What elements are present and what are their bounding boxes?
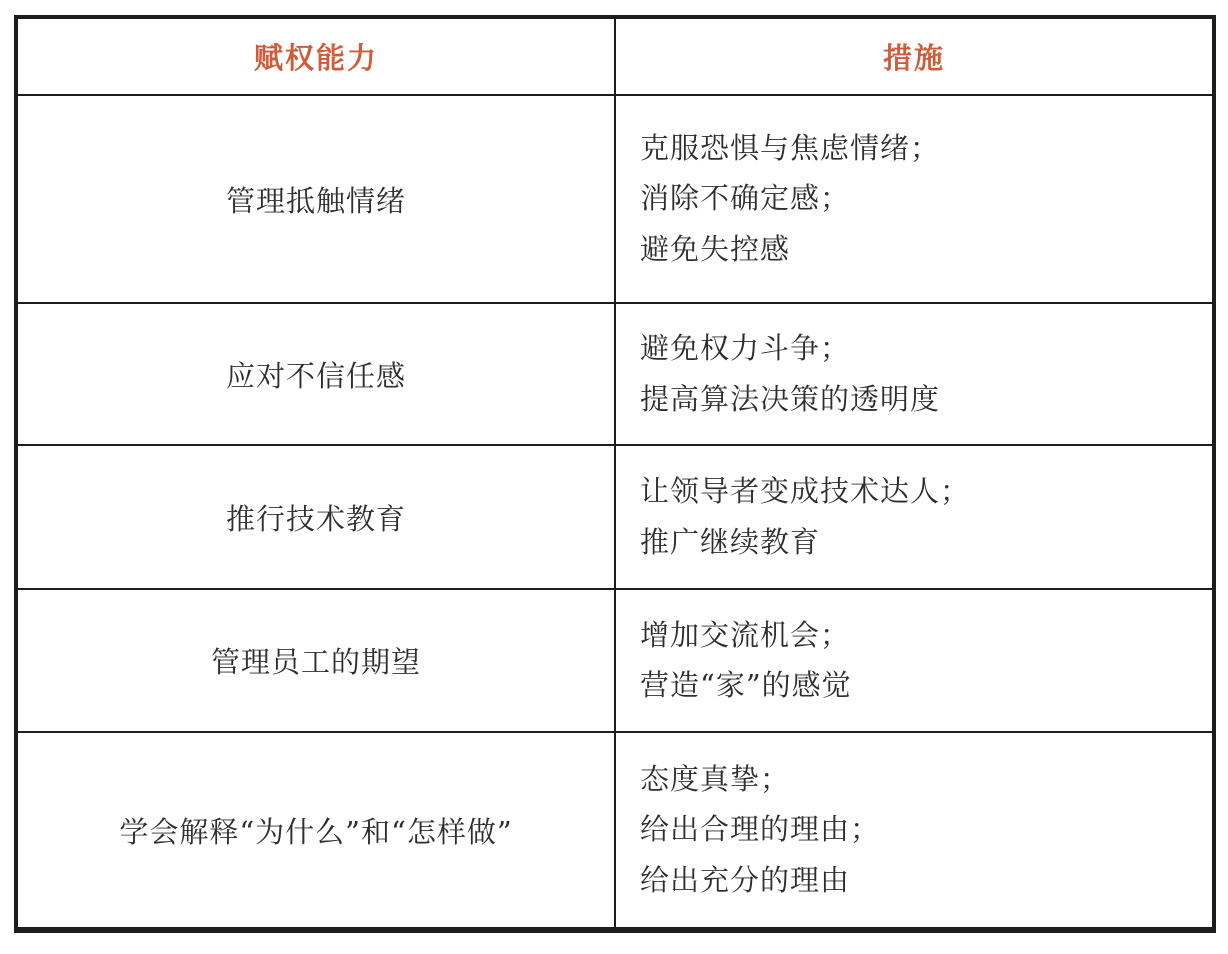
table-row: 管理员工的期望增加交流机会；营造“家”的感觉 (16, 589, 1214, 732)
measures-cell: 让领导者变成技术达人；推广继续教育 (615, 445, 1214, 589)
table-row: 应对不信任感避免权力斗争；提高算法决策的透明度 (16, 303, 1214, 445)
table-row: 学会解释“为什么”和“怎样做”态度真挚；给出合理的理由；给出充分的理由 (16, 732, 1214, 930)
measures-cell: 避免权力斗争；提高算法决策的透明度 (615, 303, 1214, 445)
table-row: 管理抵触情绪克服恐惧与焦虑情绪；消除不确定感；避免失控感 (16, 95, 1214, 303)
empowerment-measures-table: 赋权能力 措施 管理抵触情绪克服恐惧与焦虑情绪；消除不确定感；避免失控感应对不信… (14, 15, 1216, 933)
header-measures: 措施 (615, 17, 1214, 95)
header-row: 赋权能力 措施 (16, 17, 1214, 95)
measure-line: 营造“家”的感觉 (640, 669, 1192, 702)
measures-cell: 态度真挚；给出合理的理由；给出充分的理由 (615, 732, 1214, 930)
measure-line: 增加交流机会； (640, 619, 1192, 652)
table-body: 管理抵触情绪克服恐惧与焦虑情绪；消除不确定感；避免失控感应对不信任感避免权力斗争… (16, 95, 1214, 930)
capability-cell: 推行技术教育 (16, 445, 615, 589)
measure-line: 克服恐惧与焦虑情绪； (640, 132, 1192, 165)
capability-cell: 管理员工的期望 (16, 589, 615, 732)
measure-line: 消除不确定感； (640, 182, 1192, 215)
table-row: 推行技术教育让领导者变成技术达人；推广继续教育 (16, 445, 1214, 589)
measure-line: 推广继续教育 (640, 526, 1192, 559)
measures-cell: 增加交流机会；营造“家”的感觉 (615, 589, 1214, 732)
measure-line: 给出充分的理由 (640, 864, 1192, 897)
measure-line: 态度真挚； (640, 763, 1192, 796)
measure-line: 避免权力斗争； (640, 332, 1192, 365)
header-capability: 赋权能力 (16, 17, 615, 95)
capability-cell: 学会解释“为什么”和“怎样做” (16, 732, 615, 930)
capability-cell: 应对不信任感 (16, 303, 615, 445)
measure-line: 让领导者变成技术达人； (640, 475, 1192, 508)
table-header: 赋权能力 措施 (16, 17, 1214, 95)
measures-cell: 克服恐惧与焦虑情绪；消除不确定感；避免失控感 (615, 95, 1214, 303)
measure-line: 避免失控感 (640, 233, 1192, 266)
table-container: 赋权能力 措施 管理抵触情绪克服恐惧与焦虑情绪；消除不确定感；避免失控感应对不信… (14, 15, 1216, 933)
capability-cell: 管理抵触情绪 (16, 95, 615, 303)
measure-line: 给出合理的理由； (640, 813, 1192, 846)
measure-line: 提高算法决策的透明度 (640, 383, 1192, 416)
